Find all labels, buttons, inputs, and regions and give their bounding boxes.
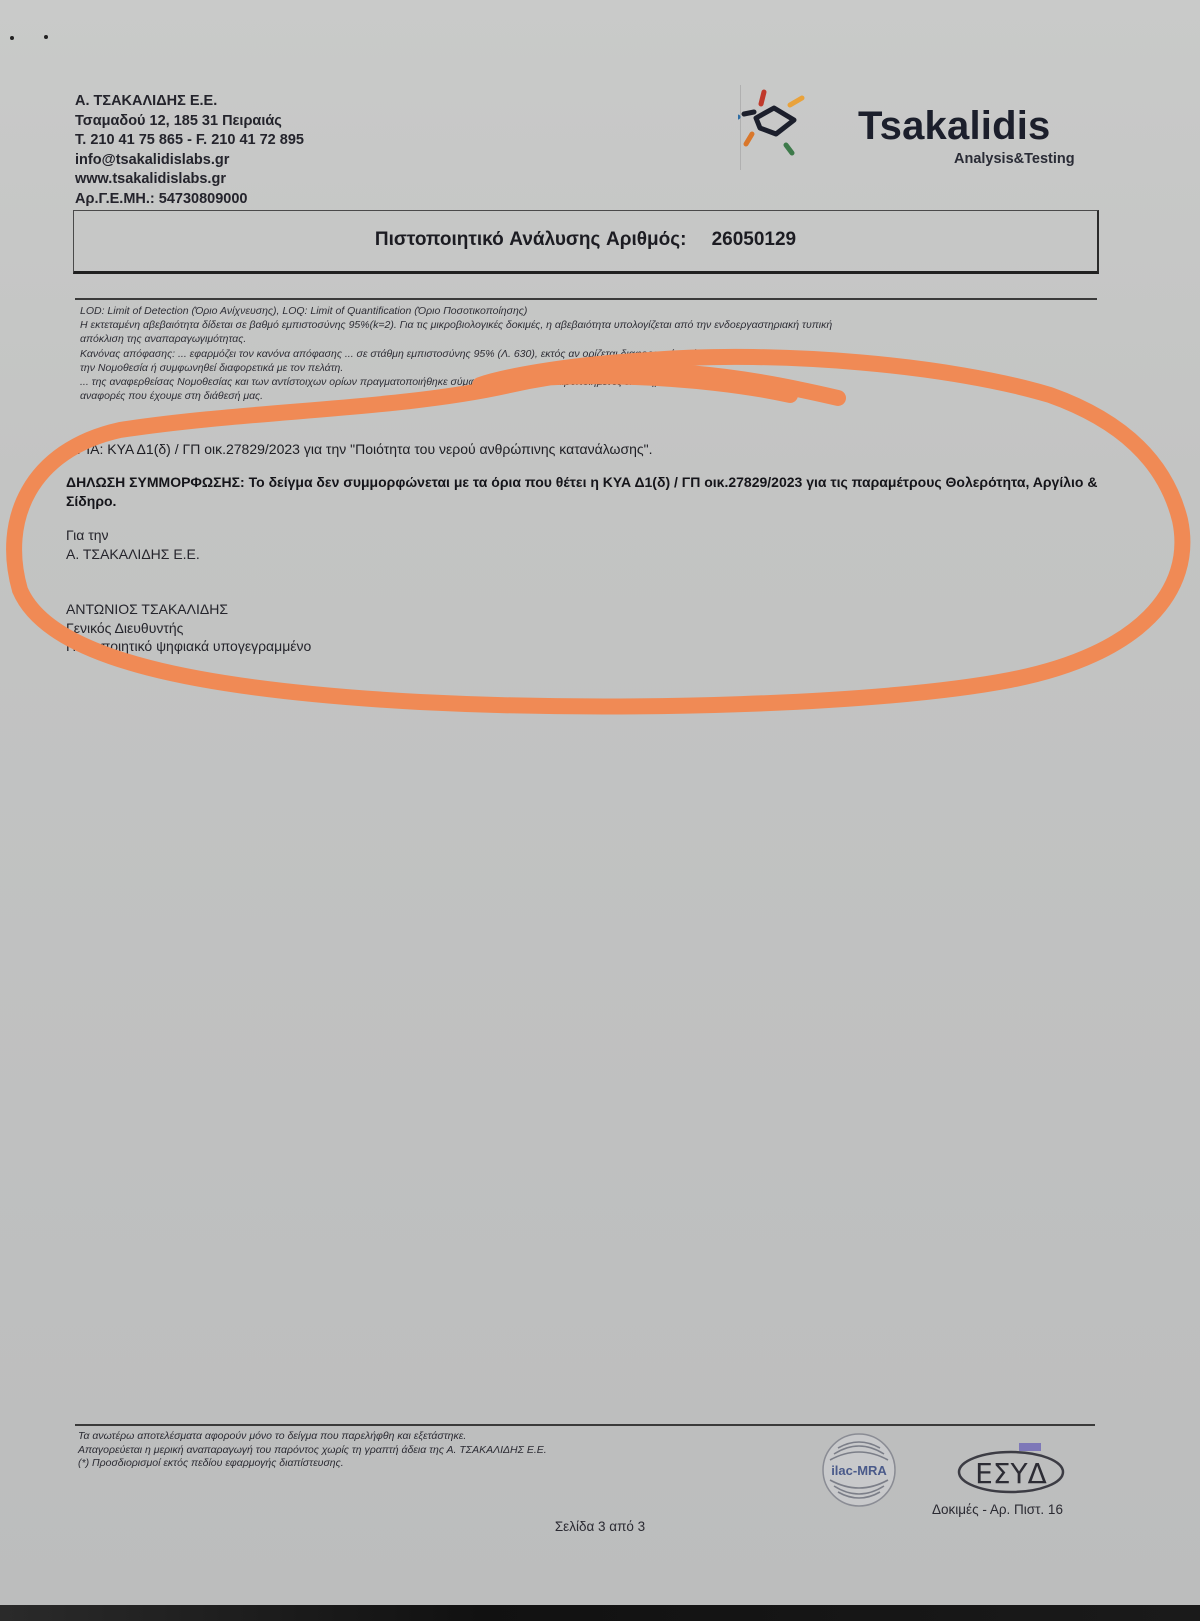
certificate-box: Πιστοποιητικό Ανάλυσης Αριθμός: 26050129 <box>73 210 1099 274</box>
limits-statement: ΟΡΙΑ: ΚΥΑ Δ1(δ) / ΓΠ οικ.27829/2023 για … <box>66 441 653 457</box>
ilac-label: ilac-MRA <box>831 1463 887 1478</box>
logo-name: Tsakalidis <box>858 104 1050 149</box>
company-name: Α. ΤΣΑΚΑΛΙΔΗΣ Ε.Ε. <box>75 92 304 112</box>
signer-name: ΑΝΤΩΝΙΟΣ ΤΣΑΚΑΛΙΔΗΣ <box>66 600 311 619</box>
note-line: LOD: Limit of Detection (Όριο Ανίχνευσης… <box>80 304 1100 318</box>
certificate-title: Πιστοποιητικό Ανάλυσης Αριθμός: 26050129 <box>74 229 1097 251</box>
speck <box>10 36 14 40</box>
footer-notes: Τα ανωτέρω αποτελέσματα αφορούν μόνο το … <box>78 1430 547 1471</box>
page-number: Σελίδα 3 από 3 <box>0 1519 1200 1534</box>
signature-company: Α. ΤΣΑΚΑΛΙΔΗΣ Ε.Ε. <box>66 545 311 564</box>
footer-divider <box>75 1424 1095 1426</box>
compliance-label: ΔΗΛΩΣΗ ΣΥΜΜΟΡΦΩΣΗΣ: <box>66 474 245 490</box>
signer-title: Γενικός Διευθυντής <box>66 619 311 638</box>
divider <box>75 298 1097 300</box>
certificate-number: 26050129 <box>712 229 797 250</box>
compliance-statement: ΔΗΛΩΣΗ ΣΥΜΜΟΡΦΩΣΗΣ: Το δείγμα δεν συμμορ… <box>66 473 1106 511</box>
company-gemi: Αρ.Γ.Ε.ΜΗ.: 54730809000 <box>75 190 304 210</box>
signed-note: Πιστοποιητικό ψηφιακά υπογεγραμμένο <box>66 637 311 656</box>
accreditation-number: Δοκιμές - Αρ. Πιστ. 16 <box>932 1502 1063 1517</box>
notes-section: LOD: Limit of Detection (Όριο Ανίχνευσης… <box>80 304 1100 403</box>
company-email: info@tsakalidislabs.gr <box>75 151 304 171</box>
certificate-label: Πιστοποιητικό Ανάλυσης Αριθμός: <box>375 229 687 250</box>
note-line: Η εκτεταμένη αβεβαιότητα δίδεται σε βαθμ… <box>80 318 1100 332</box>
footer-note: Απαγορεύεται η μερική αναπαραγωγή του πα… <box>78 1444 547 1458</box>
table-edge <box>0 1605 1200 1621</box>
company-address: Τσαμαδού 12, 185 31 Πειραιάς <box>75 112 304 132</box>
esyd-logo-icon: ΕΣΥΔ <box>955 1440 1067 1496</box>
note-line: απόκλιση της αναπαραγωγιμότητας. <box>80 332 1100 346</box>
esyd-label: ΕΣΥΔ <box>975 1457 1047 1490</box>
note-line: ... της αναφερθείσας Νομοθεσίας και των … <box>80 375 1100 389</box>
signature-block: Για την Α. ΤΣΑΚΑΛΙΔΗΣ Ε.Ε. ΑΝΤΩΝΙΟΣ ΤΣΑΚ… <box>66 526 311 656</box>
note-line: την Νομοθεσία ή συμφωνηθεί διαφορετικά μ… <box>80 361 1100 375</box>
footer-note: (*) Προσδιορισμοί εκτός πεδίου εφαρμογής… <box>78 1457 547 1471</box>
signature-for-label: Για την <box>66 526 311 545</box>
company-phone-fax: Τ. 210 41 75 865 - F. 210 41 72 895 <box>75 131 304 151</box>
note-line: Κανόνας απόφασης: ... εφαρμόζει τον κανό… <box>80 347 1100 361</box>
ilac-mra-logo-icon: ilac-MRA <box>818 1430 900 1510</box>
footer-note: Τα ανωτέρω αποτελέσματα αφορούν μόνο το … <box>78 1430 547 1444</box>
logo-tagline: Analysis&Testing <box>954 151 1075 167</box>
company-info: Α. ΤΣΑΚΑΛΙΔΗΣ Ε.Ε. Τσαμαδού 12, 185 31 Π… <box>75 92 304 209</box>
speck <box>44 35 48 39</box>
company-website: www.tsakalidislabs.gr <box>75 170 304 190</box>
note-line: αναφορές που έχουμε στη διάθεσή μας. <box>80 389 1100 403</box>
